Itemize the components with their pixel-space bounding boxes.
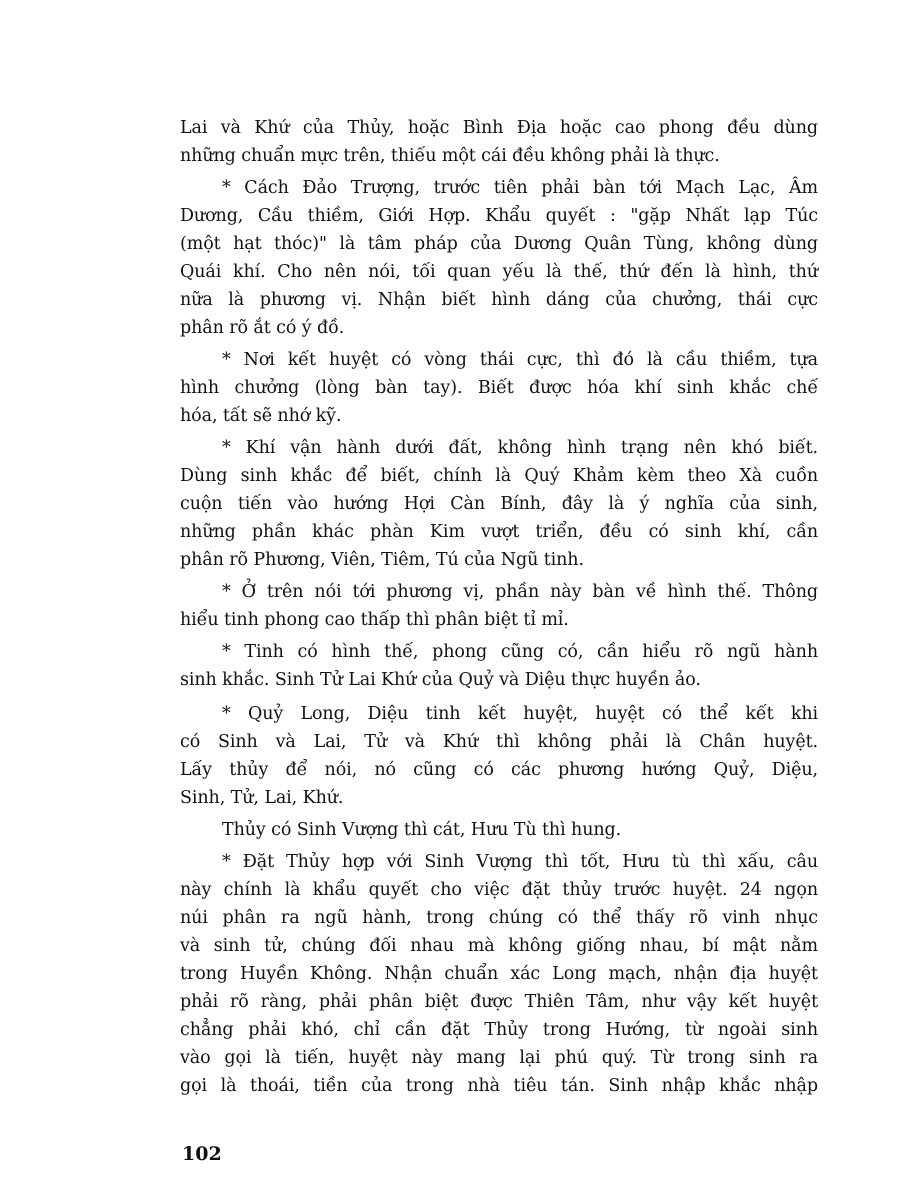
text-line: phân rõ ắt có ý đồ.: [180, 317, 818, 339]
text-line: (một hạt thóc)" là tâm pháp của Dương Qu…: [180, 233, 818, 255]
text-line: những phần khác phàn Kim vượt triển, đều…: [180, 521, 818, 543]
text-line: cuộn tiến vào hướng Hợi Càn Bính, đây là…: [180, 493, 818, 515]
text-line: trong Huyền Không. Nhận chuẩn xác Long m…: [180, 963, 818, 985]
text-line: những chuẩn mực trên, thiếu một cái đều …: [180, 145, 818, 167]
text-line: vào gọi là tiến, huyệt này mang lại phú …: [180, 1047, 818, 1069]
document-page: Lai và Khứ của Thủy, hoặc Bình Địa hoặc …: [0, 0, 921, 1200]
text-line: Dương, Cầu thiềm, Giới Hợp. Khẩu quyết :…: [180, 205, 818, 227]
page-number: 102: [182, 1143, 222, 1165]
text-line: và sinh tử, chúng đối nhau mà không giốn…: [180, 935, 818, 957]
text-line: * Quỷ Long, Diệu tinh kết huyệt, huyệt c…: [222, 703, 818, 725]
text-line: * Đặt Thủy hợp với Sinh Vượng thì tốt, H…: [222, 851, 818, 873]
text-line: có Sinh và Lai, Tử và Khứ thì không phải…: [180, 731, 818, 753]
text-line: hình chưởng (lòng bàn tay). Biết được hó…: [180, 377, 818, 399]
text-line: * Cách Đảo Trượng, trước tiên phải bàn t…: [222, 177, 818, 199]
text-line: phải rõ ràng, phải phân biệt được Thiên …: [180, 991, 818, 1013]
text-line: chẳng phải khó, chỉ cần đặt Thủy trong H…: [180, 1019, 818, 1041]
text-line: Quái khí. Cho nên nói, tối quan yếu là t…: [180, 261, 818, 283]
text-line: phân rõ Phương, Viên, Tiêm, Tú của Ngũ t…: [180, 549, 818, 571]
text-line: hóa, tất sẽ nhớ kỹ.: [180, 405, 818, 427]
text-line: Thủy có Sinh Vượng thì cát, Hưu Tù thì h…: [222, 819, 818, 841]
text-line: Lấy thủy để nói, nó cũng có các phương h…: [180, 759, 818, 781]
text-line: Dùng sinh khắc để biết, chính là Quý Khả…: [180, 465, 818, 487]
text-line: nữa là phương vị. Nhận biết hình dáng củ…: [180, 289, 818, 311]
text-line: này chính là khẩu quyết cho việc đặt thủ…: [180, 879, 818, 901]
text-line: Lai và Khứ của Thủy, hoặc Bình Địa hoặc …: [180, 117, 818, 139]
text-line: hiểu tinh phong cao thấp thì phân biệt t…: [180, 609, 818, 631]
text-line: sinh khắc. Sinh Tử Lai Khứ của Quỷ và Di…: [180, 669, 818, 691]
text-line: * Tinh có hình thế, phong cũng có, cần h…: [222, 641, 818, 663]
text-line: * Nơi kết huyệt có vòng thái cực, thì đó…: [222, 349, 818, 371]
text-line: * Ở trên nói tới phương vị, phần này bàn…: [222, 581, 818, 603]
text-line: gọi là thoái, tiền của trong nhà tiêu tá…: [180, 1075, 818, 1097]
text-line: * Khí vận hành dưới đất, không hình trạn…: [222, 437, 818, 459]
text-line: Sinh, Tử, Lai, Khứ.: [180, 787, 818, 809]
text-line: núi phân ra ngũ hành, trong chúng có thể…: [180, 907, 818, 929]
